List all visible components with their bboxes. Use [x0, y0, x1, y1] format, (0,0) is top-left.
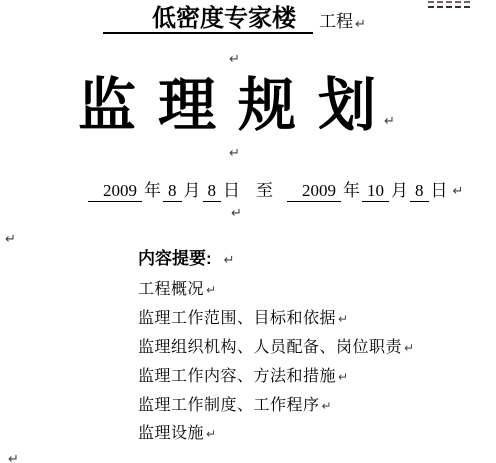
year-label: 年 — [144, 181, 161, 201]
start-year-value: 2009 — [88, 181, 142, 202]
paragraph-mark-icon: ↵ — [453, 185, 464, 198]
project-type-label: 工程 — [319, 10, 353, 34]
paragraph-mark-icon: ↵ — [231, 207, 242, 220]
page-title-text: 监理规划 — [78, 73, 398, 138]
revision-dash-marks — [428, 1, 470, 11]
content-item: 监理工作内容、方法和措施↵ — [138, 368, 348, 386]
month-label: 月 — [184, 181, 201, 201]
content-item-text: 监理工作范围、目标和依据 — [138, 310, 336, 327]
project-name: 低密度专家楼 — [152, 6, 296, 34]
leading-underline — [103, 6, 152, 34]
content-item-text: 监理工作制度、工作程序 — [138, 397, 320, 414]
end-month-value: 10 — [362, 181, 389, 202]
project-header-line: 低密度专家楼 工程 ↵ — [103, 6, 366, 34]
document-page[interactable]: 低密度专家楼 工程 ↵ ↵ 监理规划↵ ↵ 2009 年 8 月 8 日 至 2… — [0, 0, 496, 463]
paragraph-mark-icon: ↵ — [404, 341, 414, 355]
to-label: 至 — [256, 181, 273, 201]
content-summary-heading: 内容提要:↵ — [138, 250, 235, 268]
start-day-value: 8 — [203, 181, 222, 202]
page-title: 监理规划↵ — [78, 76, 395, 136]
paragraph-mark-icon: ↵ — [224, 253, 235, 268]
dash-row-dark-icon — [428, 6, 470, 8]
content-item-text: 工程概况 — [138, 281, 204, 298]
content-item-text: 监理组织机构、人员配备、岗位职责 — [138, 339, 402, 356]
content-item: 监理组织机构、人员配备、岗位职责↵ — [138, 339, 414, 357]
content-item-text: 监理设施 — [138, 425, 204, 442]
year-label: 年 — [343, 181, 360, 201]
content-item: 监理工作范围、目标和依据↵ — [138, 310, 348, 328]
paragraph-mark-icon: ↵ — [8, 453, 19, 463]
content-item: 工程概况↵ — [138, 281, 216, 299]
paragraph-mark-icon: ↵ — [229, 147, 240, 160]
paragraph-mark-icon: ↵ — [384, 114, 395, 129]
paragraph-mark-icon: ↵ — [5, 233, 16, 246]
date-range-line: 2009 年 8 月 8 日 至 2009 年 10 月 8 日 ↵ — [88, 181, 463, 202]
trailing-underline — [296, 6, 313, 34]
end-year-value: 2009 — [287, 181, 341, 202]
end-day-value: 8 — [410, 181, 429, 202]
content-item: 监理工作制度、工作程序↵ — [138, 397, 332, 415]
paragraph-mark-icon: ↵ — [322, 399, 332, 413]
paragraph-mark-icon: ↵ — [206, 283, 216, 297]
paragraph-mark-icon: ↵ — [355, 16, 366, 34]
paragraph-mark-icon: ↵ — [229, 53, 240, 66]
content-summary-heading-text: 内容提要: — [138, 249, 212, 268]
paragraph-mark-icon: ↵ — [338, 370, 348, 384]
day-label: 日 — [431, 181, 448, 201]
dash-row-light-icon — [428, 1, 470, 3]
content-item: 监理设施↵ — [138, 425, 216, 443]
start-month-value: 8 — [163, 181, 182, 202]
paragraph-mark-icon: ↵ — [206, 427, 216, 441]
paragraph-mark-icon: ↵ — [338, 312, 348, 326]
month-label: 月 — [391, 181, 408, 201]
day-label: 日 — [223, 181, 240, 201]
content-item-text: 监理工作内容、方法和措施 — [138, 368, 336, 385]
